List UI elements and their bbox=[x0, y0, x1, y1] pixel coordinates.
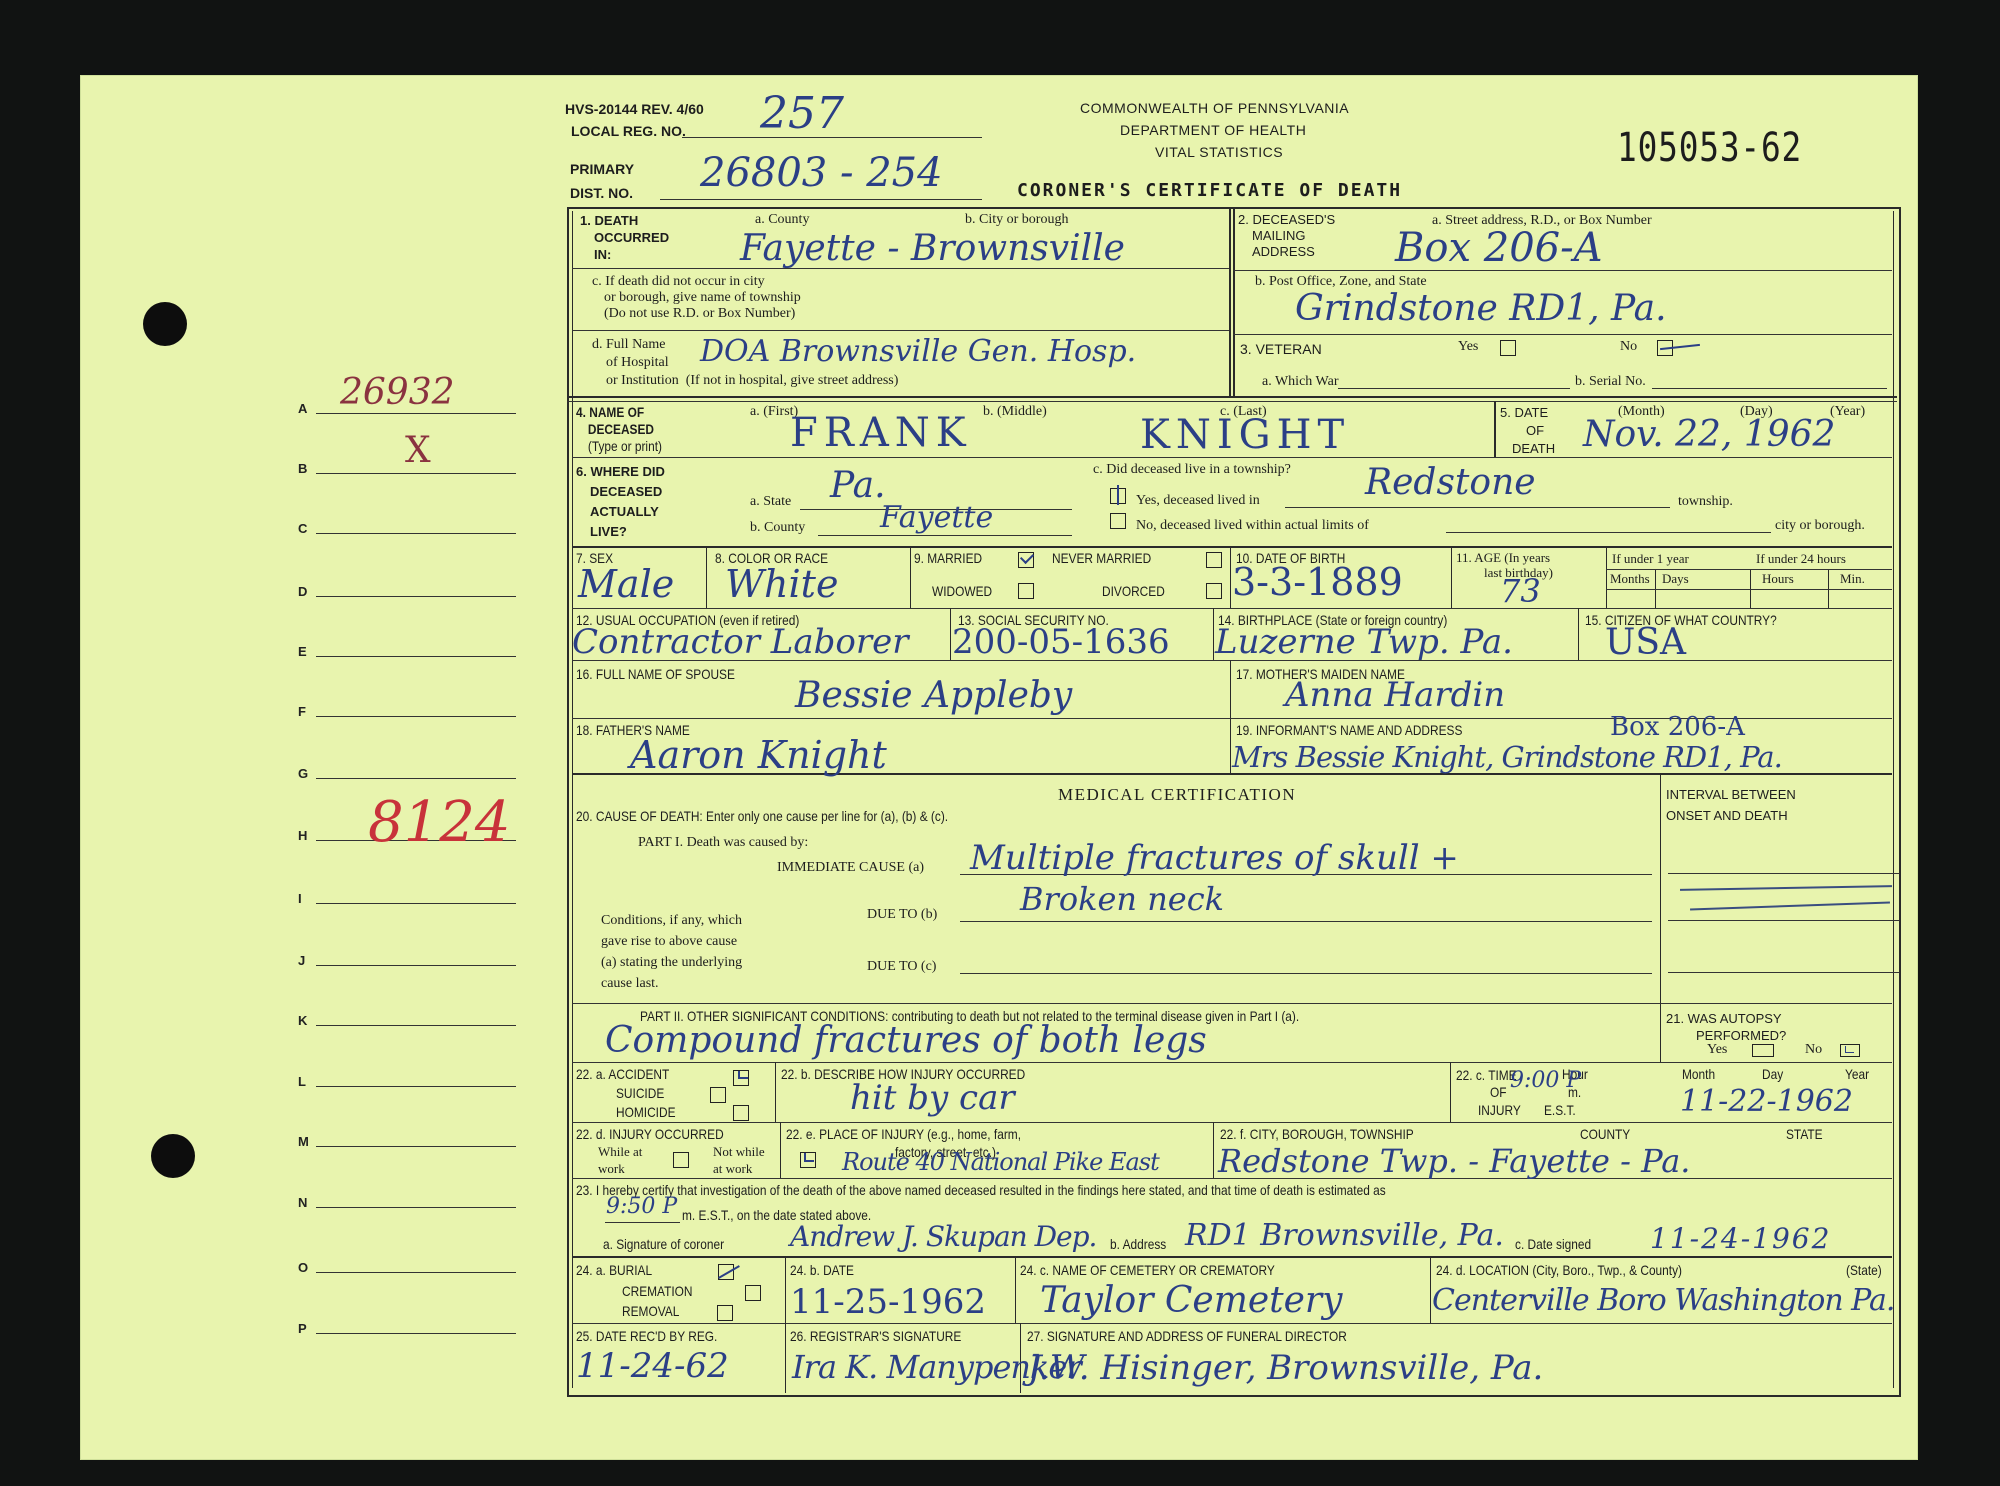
form-id: HVS-20144 REV. 4/60 bbox=[565, 100, 704, 118]
race-value[interactable]: White bbox=[725, 562, 838, 606]
agency-line-2: DEPARTMENT OF HEALTH bbox=[1120, 122, 1306, 138]
married-checkbox[interactable] bbox=[1018, 552, 1034, 568]
date-signed-label: c. Date signed bbox=[1515, 1236, 1591, 1253]
medical-heading: MEDICAL CERTIFICATION bbox=[1058, 785, 1296, 805]
dist-value: 26803 - 254 bbox=[700, 150, 943, 196]
place-value[interactable]: Route 40 National Pike East bbox=[842, 1148, 1159, 1176]
res-yes-text: Yes, deceased lived in bbox=[1136, 493, 1260, 509]
burial-label: 24. a. BURIAL bbox=[576, 1262, 652, 1279]
conditions-l3: (a) stating the underlying bbox=[601, 952, 742, 973]
injury-year-label: Year bbox=[1845, 1066, 1869, 1083]
res-township-no-checkbox[interactable] bbox=[1110, 513, 1126, 529]
item4-label-l3: (Type or print) bbox=[576, 438, 662, 455]
veteran-label: 3. VETERAN bbox=[1240, 341, 1322, 357]
widowed-checkbox[interactable] bbox=[1018, 583, 1034, 599]
res-state-value[interactable]: Pa. bbox=[830, 465, 886, 506]
hospital-hint: (If not in hospital, give street address… bbox=[686, 373, 899, 388]
res-no-text: No, deceased lived within actual limits … bbox=[1136, 518, 1369, 534]
under-24-hours-label: If under 24 hours bbox=[1756, 551, 1846, 567]
county-label: a. County bbox=[755, 212, 809, 228]
res-county-value[interactable]: Fayette bbox=[880, 500, 993, 535]
item1-label-l1: 1. DEATH bbox=[580, 212, 669, 229]
coroner-address-label: b. Address bbox=[1110, 1236, 1166, 1253]
coroner-signature-label: a. Signature of coroner bbox=[603, 1236, 724, 1253]
disposition-date-label: 24. b. DATE bbox=[790, 1262, 854, 1279]
informant-label: 19. INFORMANT'S NAME AND ADDRESS bbox=[1236, 722, 1462, 739]
part1-label: PART I. Death was caused by: bbox=[638, 835, 808, 851]
father-value[interactable]: Aaron Knight bbox=[630, 733, 887, 777]
place-label-l1: 22. e. PLACE OF INJURY (e.g., home, farm… bbox=[786, 1126, 1021, 1143]
divorced-label: DIVORCED bbox=[1102, 583, 1165, 600]
item2-label-l3: ADDRESS bbox=[1238, 244, 1335, 260]
cause-of-death-label: 20. CAUSE OF DEATH: Enter only one cause… bbox=[576, 808, 948, 825]
item5-label-l1: 5. DATE bbox=[1500, 404, 1555, 422]
months-label: Months bbox=[1610, 571, 1650, 587]
coroner-address-value[interactable]: RD1 Brownsville, Pa. bbox=[1185, 1218, 1504, 1253]
cremation-label: CREMATION bbox=[622, 1283, 693, 1300]
township-hint-l1: c. If death did not occur in city bbox=[592, 274, 801, 290]
funeral-director-label: 27. SIGNATURE AND ADDRESS OF FUNERAL DIR… bbox=[1027, 1328, 1347, 1345]
injury-day-label: Day bbox=[1762, 1066, 1783, 1083]
never-married-label: NEVER MARRIED bbox=[1052, 550, 1151, 567]
autopsy-yes-checkbox[interactable] bbox=[1752, 1044, 1774, 1057]
margin-note-h: 8124 bbox=[368, 790, 511, 855]
part2-value[interactable]: Compound fractures of both legs bbox=[605, 1020, 1207, 1061]
not-while-at-work-l2: at work bbox=[713, 1160, 765, 1177]
min-label: Min. bbox=[1840, 571, 1865, 587]
item6-label-l1: 6. WHERE DID bbox=[576, 462, 665, 482]
item2-label-l2: MAILING bbox=[1238, 228, 1335, 244]
township-question: c. Did deceased live in a township? bbox=[1093, 462, 1291, 478]
res-township-yes-checkbox[interactable] bbox=[1110, 488, 1126, 504]
divorced-checkbox[interactable] bbox=[1206, 583, 1222, 599]
township-hint-l3: (Do not use R.D. or Box Number) bbox=[592, 306, 801, 322]
primary-label: PRIMARY bbox=[570, 160, 634, 178]
due-to-c-label: DUE TO (c) bbox=[867, 959, 936, 975]
township-hint-l2: or borough, give name of township bbox=[592, 290, 801, 306]
injury-month-label: Month bbox=[1682, 1066, 1715, 1083]
accident-label: 22. a. ACCIDENT bbox=[576, 1066, 669, 1083]
autopsy-no-label: No bbox=[1805, 1042, 1822, 1058]
margin-note-a: 26932 bbox=[340, 372, 455, 413]
not-while-at-work-l1: Not while bbox=[713, 1143, 765, 1160]
location-value[interactable]: Centerville Boro Washington Pa. bbox=[1432, 1283, 1894, 1318]
item4-label-l1: 4. NAME OF bbox=[576, 404, 644, 421]
local-reg-label: LOCAL REG. NO. bbox=[571, 122, 686, 140]
veteran-no-label: No bbox=[1620, 339, 1637, 355]
dist-label: DIST. NO. bbox=[570, 184, 633, 202]
injury-county-label: COUNTY bbox=[1580, 1126, 1630, 1143]
res-township-value[interactable]: Redstone bbox=[1365, 462, 1536, 503]
spouse-label: 16. FULL NAME OF SPOUSE bbox=[576, 666, 735, 683]
autopsy-yes-label: Yes bbox=[1707, 1042, 1727, 1058]
item6-label-l2: DECEASED bbox=[576, 482, 665, 502]
interval-label-l1: INTERVAL BETWEEN bbox=[1666, 784, 1796, 805]
cemetery-value[interactable]: Taylor Cemetery bbox=[1040, 1280, 1342, 1321]
injury-state-label: STATE bbox=[1786, 1126, 1823, 1143]
sex-value[interactable]: Male bbox=[578, 562, 674, 606]
item5-label-l3: DEATH bbox=[1500, 440, 1555, 458]
date-received-value[interactable]: 11-24-62 bbox=[576, 1346, 729, 1386]
conditions-l2: gave rise to above cause bbox=[601, 931, 742, 952]
due-to-b-value[interactable]: Broken neck bbox=[1020, 880, 1224, 918]
burial-checkbox[interactable] bbox=[718, 1264, 734, 1280]
coroner-signature-value[interactable]: Andrew J. Skupan Dep. bbox=[790, 1220, 1096, 1253]
hours-label: Hours bbox=[1762, 571, 1794, 587]
autopsy-label-l1: 21. WAS AUTOPSY bbox=[1666, 1010, 1786, 1027]
birth-date-value[interactable]: 3-3-1889 bbox=[1232, 560, 1403, 604]
under-1-year-label: If under 1 year bbox=[1612, 551, 1689, 567]
married-label: 9. MARRIED bbox=[914, 550, 982, 567]
never-married-checkbox[interactable] bbox=[1206, 552, 1222, 568]
location-state-label: (State) bbox=[1846, 1262, 1882, 1279]
certify-text: 23. I hereby certify that investigation … bbox=[576, 1182, 1386, 1199]
location-label: 24. d. LOCATION (City, Boro., Twp., & Co… bbox=[1436, 1262, 1682, 1279]
item6-label-l4: LIVE? bbox=[576, 522, 665, 542]
immediate-cause-label: IMMEDIATE CAUSE (a) bbox=[777, 860, 924, 876]
res-state-label: a. State bbox=[750, 494, 791, 510]
veteran-yes-checkbox[interactable] bbox=[1500, 340, 1516, 356]
punch-hole-top bbox=[143, 302, 187, 346]
serial-label: b. Serial No. bbox=[1575, 374, 1646, 390]
days-label: Days bbox=[1662, 571, 1689, 587]
informant-value[interactable]: Mrs Bessie Knight, Grindstone RD1, Pa. bbox=[1232, 740, 1782, 774]
injury-time-label-l3: INJURY bbox=[1478, 1102, 1521, 1119]
injury-occurred-label: 22. d. INJURY OCCURRED bbox=[576, 1126, 724, 1143]
accident-checkbox[interactable] bbox=[733, 1070, 749, 1086]
age-value[interactable]: 73 bbox=[1500, 572, 1541, 610]
homicide-checkbox[interactable] bbox=[733, 1105, 749, 1121]
item6-label-l3: ACTUALLY bbox=[576, 502, 665, 522]
veteran-no-checkbox[interactable] bbox=[1657, 340, 1673, 356]
registrar-signature-label: 26. REGISTRAR'S SIGNATURE bbox=[790, 1328, 961, 1345]
ssn-value[interactable]: 200-05-1636 bbox=[952, 622, 1170, 662]
autopsy-no-checkbox[interactable] bbox=[1840, 1044, 1860, 1057]
certificate-number: 105053-62 bbox=[1617, 125, 1802, 171]
spouse-value[interactable]: Bessie Appleby bbox=[795, 675, 1072, 716]
city-label: b. City or borough bbox=[965, 212, 1068, 228]
while-at-work-checkbox[interactable] bbox=[673, 1152, 689, 1168]
middle-name-label: b. (Middle) bbox=[983, 404, 1047, 420]
hospital-label-l3: or Institution bbox=[606, 373, 679, 388]
item5-label-l2: OF bbox=[1500, 422, 1555, 440]
res-county-label: b. County bbox=[750, 520, 805, 536]
age-label-l1: 11. AGE (In years bbox=[1456, 550, 1553, 565]
death-date-value[interactable]: Nov. 22, 1962 bbox=[1583, 414, 1835, 455]
informant-value-top[interactable]: Box 206-A bbox=[1610, 712, 1745, 742]
interval-label-l2: ONSET AND DEATH bbox=[1666, 805, 1796, 826]
punch-hole-bottom bbox=[151, 1134, 195, 1178]
which-war-label: a. Which War bbox=[1262, 374, 1339, 390]
conditions-l1: Conditions, if any, which bbox=[601, 910, 742, 931]
death-place-value[interactable]: Fayette - Brownsville bbox=[740, 228, 1125, 269]
injury-time-label-l2: OF bbox=[1490, 1084, 1507, 1101]
due-to-b-label: DUE TO (b) bbox=[867, 907, 937, 923]
immediate-cause-value[interactable]: Multiple fractures of skull + bbox=[970, 838, 1459, 878]
birthplace-value[interactable]: Luzerne Twp. Pa. bbox=[1215, 622, 1513, 662]
veteran-yes-label: Yes bbox=[1458, 339, 1478, 355]
while-at-work-l1: While at bbox=[598, 1143, 642, 1160]
last-name-value[interactable]: KNIGHT bbox=[1140, 412, 1350, 458]
hospital-value[interactable]: DOA Brownsville Gen. Hosp. bbox=[700, 334, 1136, 369]
while-at-work-l2: work bbox=[598, 1160, 642, 1177]
injury-date-value[interactable]: 11-22-1962 bbox=[1680, 1084, 1853, 1119]
injury-time-value[interactable]: 9:00 P bbox=[1510, 1068, 1581, 1093]
homicide-label: HOMICIDE bbox=[616, 1104, 676, 1121]
time-of-death-value[interactable]: 9:50 P bbox=[606, 1194, 677, 1219]
removal-label: REMOVAL bbox=[622, 1303, 679, 1320]
agency-line-3: VITAL STATISTICS bbox=[1155, 144, 1283, 160]
item2-label-l1: 2. DECEASED'S bbox=[1238, 212, 1335, 228]
mother-value[interactable]: Anna Hardin bbox=[1285, 675, 1505, 715]
form-title: CORONER'S CERTIFICATE OF DEATH bbox=[1017, 180, 1402, 201]
first-name-value[interactable]: FRANK bbox=[790, 410, 972, 456]
agency-line-1: COMMONWEALTH OF PENNSYLVANIA bbox=[1080, 100, 1349, 116]
widowed-label: WIDOWED bbox=[932, 583, 992, 600]
date-received-label: 25. DATE REC'D BY REG. bbox=[576, 1328, 717, 1345]
injury-how-value[interactable]: hit by car bbox=[850, 1078, 1015, 1118]
suicide-label: SUICIDE bbox=[616, 1085, 664, 1102]
not-while-at-work-checkbox[interactable] bbox=[800, 1152, 816, 1168]
injury-city-value[interactable]: Redstone Twp. - Fayette - Pa. bbox=[1218, 1142, 1690, 1180]
cremation-checkbox[interactable] bbox=[745, 1285, 761, 1301]
local-reg-value: 257 bbox=[760, 88, 844, 139]
occupation-value[interactable]: Contractor Laborer bbox=[572, 622, 909, 662]
po-value[interactable]: Grindstone RD1, Pa. bbox=[1295, 288, 1667, 329]
margin-note-b: X bbox=[405, 430, 431, 471]
res-no-suffix: city or borough. bbox=[1775, 518, 1865, 534]
suicide-checkbox[interactable] bbox=[710, 1087, 726, 1103]
item4-label-l2: DECEASED bbox=[576, 421, 654, 438]
item1-label-l2: OCCURRED bbox=[580, 229, 669, 246]
street-value[interactable]: Box 206-A bbox=[1395, 225, 1603, 271]
injury-time-label-l1: 22. c. TIME bbox=[1456, 1066, 1517, 1084]
citizenship-value[interactable]: USA bbox=[1605, 622, 1686, 663]
conditions-l4: cause last. bbox=[601, 973, 742, 994]
removal-checkbox[interactable] bbox=[717, 1305, 733, 1321]
disposition-date-value[interactable]: 11-25-1962 bbox=[790, 1282, 986, 1322]
funeral-director-value[interactable]: J.W. Hisinger, Brownsville, Pa. bbox=[1028, 1348, 1543, 1388]
cemetery-label: 24. c. NAME OF CEMETERY OR CREMATORY bbox=[1020, 1262, 1275, 1279]
est-label: E.S.T. bbox=[1544, 1102, 1576, 1119]
date-signed-value[interactable]: 11-24-1962 bbox=[1650, 1222, 1831, 1255]
res-yes-suffix: township. bbox=[1678, 494, 1733, 510]
injury-city-label: 22. f. CITY, BOROUGH, TOWNSHIP bbox=[1220, 1126, 1414, 1143]
item1-label-l3: IN: bbox=[580, 246, 669, 263]
